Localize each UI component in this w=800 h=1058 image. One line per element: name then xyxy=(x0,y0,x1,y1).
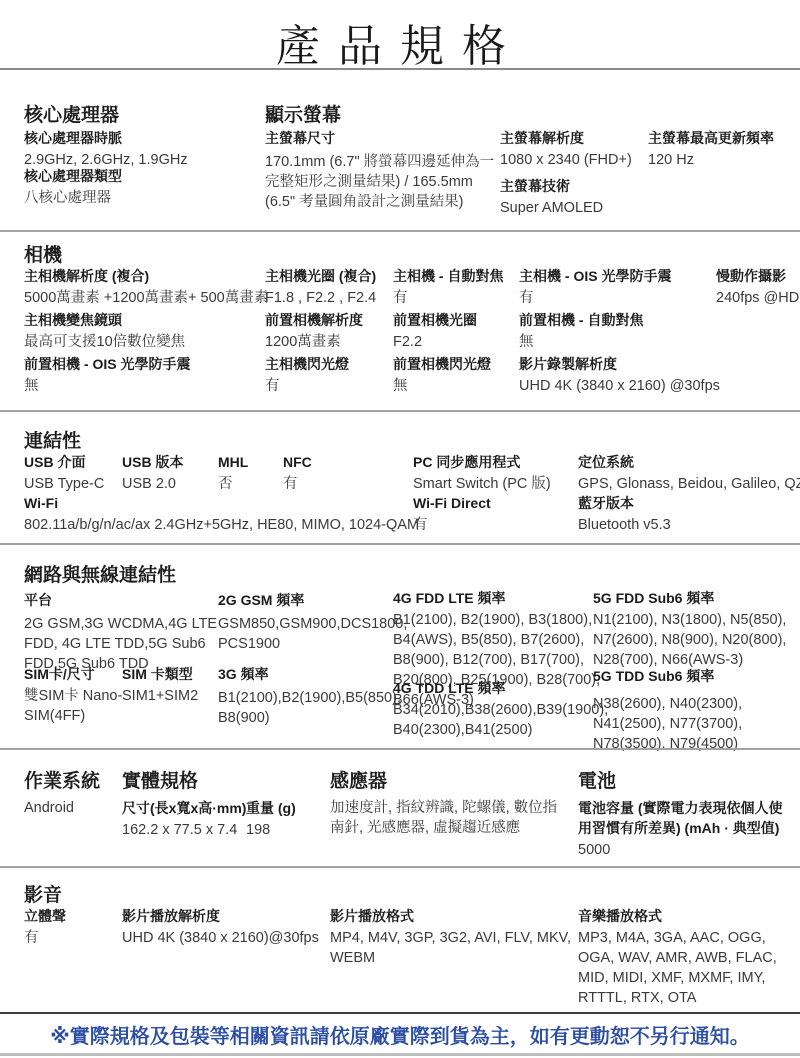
section-heading-sensors: 感應器 xyxy=(330,766,387,793)
spec-value: B1(2100),B2(1900),B5(850), B8(900) xyxy=(218,688,418,728)
spec-label: 重量 (g) xyxy=(246,798,316,818)
spec-front-camera-af: 前置相機 - 自動對焦 無 xyxy=(519,310,684,352)
spec-label: 前置相機閃光燈 xyxy=(393,354,513,374)
spec-label: Wi-Fi Direct xyxy=(413,493,518,513)
spec-label: MHL xyxy=(218,452,273,472)
spec-label: 尺寸(長x寬x高·mm) xyxy=(122,798,244,818)
spec-platform: 平台 2G GSM,3G WCDMA,4G LTE FDD, 4G LTE TD… xyxy=(24,590,224,674)
spec-main-camera-aperture: 主相機光圈 (複合) F1.8 , F2.2 , F2.4 xyxy=(265,266,390,308)
spec-label: 前置相機光圈 xyxy=(393,310,508,330)
spec-value: F2.2 xyxy=(393,332,508,352)
spec-mhl: MHL 否 xyxy=(218,452,273,494)
spec-location-system: 定位系統 GPS, Glonass, Beidou, Galileo, QZSS xyxy=(578,452,798,494)
spec-label: 主螢幕技術 xyxy=(500,176,660,196)
spec-label: 主相機光圈 (複合) xyxy=(265,266,390,286)
spec-label: 平台 xyxy=(24,590,224,610)
divider xyxy=(0,1012,800,1014)
spec-label: PC 同步應用程式 xyxy=(413,452,578,472)
spec-weight: 重量 (g) 198 xyxy=(246,798,316,840)
spec-main-camera-res: 主相機解析度 (複合) 5000萬畫素 +1200萬畫素+ 500萬畫素 xyxy=(24,266,264,308)
spec-front-camera-flash: 前置相機閃光燈 無 xyxy=(393,354,513,396)
spec-value: 否 xyxy=(218,474,273,494)
spec-value: USB 2.0 xyxy=(122,474,212,494)
spec-5g-fdd-bands: 5G FDD Sub6 頻率 N1(2100), N3(1800), N5(85… xyxy=(593,588,798,670)
spec-value: 無 xyxy=(519,332,684,352)
spec-main-camera-flash: 主相機閃光燈 有 xyxy=(265,354,390,396)
spec-value: F1.8 , F2.2 , F2.4 xyxy=(265,288,390,308)
spec-screen-tech: 主螢幕技術 Super AMOLED xyxy=(500,176,660,218)
spec-value: MP4, M4V, 3GP, 3G2, AVI, FLV, MKV, WEBM xyxy=(330,928,572,968)
section-heading-camera: 相機 xyxy=(24,240,62,267)
spec-wifi: Wi-Fi 802.11a/b/g/n/ac/ax 2.4GHz+5GHz, H… xyxy=(24,493,409,535)
spec-label: 音樂播放格式 xyxy=(578,906,800,926)
spec-video-formats: 影片播放格式 MP4, M4V, 3GP, 3G2, AVI, FLV, MKV… xyxy=(330,906,572,968)
spec-label: 前置相機 - 自動對焦 xyxy=(519,310,684,330)
spec-video-playback-res: 影片播放解析度 UHD 4K (3840 x 2160)@30fps xyxy=(122,906,327,948)
spec-label: 主螢幕最高更新頻率 xyxy=(648,128,793,148)
divider xyxy=(0,543,800,545)
spec-camera-zoom: 主相機變焦鏡頭 最高可支援10倍數位變焦 xyxy=(24,310,259,352)
divider xyxy=(0,230,800,232)
spec-video-recording-res: 影片錄製解析度 UHD 4K (3840 x 2160) @30fps xyxy=(519,354,784,396)
spec-dimensions: 尺寸(長x寬x高·mm) 162.2 x 77.5 x 7.4 xyxy=(122,798,244,840)
spec-audio-formats: 音樂播放格式 MP3, M4A, 3GA, AAC, OGG, OGA, WAV… xyxy=(578,906,800,1008)
spec-value: 802.11a/b/g/n/ac/ax 2.4GHz+5GHz, HE80, M… xyxy=(24,515,409,535)
spec-cpu-clock: 核心處理器時脈 2.9GHz, 2.6GHz, 1.9GHz xyxy=(24,128,244,170)
spec-label: 影片播放格式 xyxy=(330,906,572,926)
spec-wifi-direct: Wi-Fi Direct 有 xyxy=(413,493,518,535)
spec-label: NFC xyxy=(283,452,343,472)
spec-main-camera-af: 主相機 - 自動對焦 有 xyxy=(393,266,515,308)
spec-value: 有 xyxy=(265,376,390,396)
spec-label: 主相機解析度 (複合) xyxy=(24,266,264,286)
spec-main-camera-ois: 主相機 - OIS 光學防手震 有 xyxy=(519,266,709,308)
divider xyxy=(0,748,800,750)
spec-value: 有 xyxy=(283,474,343,494)
spec-value: USB Type-C xyxy=(24,474,119,494)
section-heading-connectivity: 連結性 xyxy=(24,426,81,453)
spec-value: Super AMOLED xyxy=(500,198,660,218)
spec-label: 主相機 - OIS 光學防手震 xyxy=(519,266,709,286)
spec-value: 170.1mm (6.7" 將螢幕四邊延伸為一完整矩形之測量結果) / 165.… xyxy=(265,152,497,212)
spec-label: 電池容量 (實際電力表現依個人使用習慣有所差異) (mAh · 典型值) xyxy=(578,798,796,838)
spec-label: 5G FDD Sub6 頻率 xyxy=(593,588,798,608)
section-heading-processor: 核心處理器 xyxy=(24,100,119,127)
spec-bluetooth: 藍牙版本 Bluetooth v5.3 xyxy=(578,493,743,535)
spec-label: SIM 卡類型 xyxy=(122,664,217,684)
spec-label: 定位系統 xyxy=(578,452,798,472)
spec-pc-sync: PC 同步應用程式 Smart Switch (PC 版) xyxy=(413,452,578,494)
spec-value: 1080 x 2340 (FHD+) xyxy=(500,150,660,170)
spec-value: 120 Hz xyxy=(648,150,793,170)
spec-cpu-type: 核心處理器類型 八核心處理器 xyxy=(24,166,244,208)
spec-stereo: 立體聲 有 xyxy=(24,906,109,948)
spec-front-camera-res: 前置相機解析度 1200萬畫素 xyxy=(265,310,390,352)
spec-value: 無 xyxy=(393,376,513,396)
spec-value: N1(2100), N3(1800), N5(850), N7(2600), N… xyxy=(593,610,798,670)
spec-value: 162.2 x 77.5 x 7.4 xyxy=(122,820,244,840)
spec-value: SIM1+SIM2 xyxy=(122,686,217,706)
section-heading-display: 顯示螢幕 xyxy=(265,100,341,127)
spec-2g-bands: 2G GSM 頻率 GSM850,GSM900,DCS1800, PCS1900 xyxy=(218,590,388,654)
spec-label: 主相機變焦鏡頭 xyxy=(24,310,259,330)
spec-label: 前置相機 - OIS 光學防手震 xyxy=(24,354,269,374)
spec-screen-size: 主螢幕尺寸 170.1mm (6.7" 將螢幕四邊延伸為一完整矩形之測量結果) … xyxy=(265,128,497,212)
section-heading-os: 作業系統 xyxy=(24,766,100,793)
spec-value: 有 xyxy=(24,928,109,948)
spec-value: 有 xyxy=(519,288,709,308)
spec-value: UHD 4K (3840 x 2160) @30fps xyxy=(519,376,784,396)
spec-label: 核心處理器時脈 xyxy=(24,128,244,148)
spec-label: 4G FDD LTE 頻率 xyxy=(393,588,601,608)
spec-label: 主相機閃光燈 xyxy=(265,354,390,374)
spec-value: UHD 4K (3840 x 2160)@30fps xyxy=(122,928,327,948)
spec-value: 有 xyxy=(393,288,515,308)
spec-label: USB 介面 xyxy=(24,452,119,472)
spec-label: 核心處理器類型 xyxy=(24,166,244,186)
spec-value: 240fps @HD xyxy=(716,288,800,308)
spec-label: USB 版本 xyxy=(122,452,212,472)
spec-slow-motion: 慢動作攝影 240fps @HD xyxy=(716,266,800,308)
spec-sim-type: SIM 卡類型 SIM1+SIM2 xyxy=(122,664,217,706)
spec-value: 加速度計, 指紋辨識, 陀螺儀, 數位指南針, 光感應器, 虛擬趨近感應 xyxy=(330,798,568,838)
spec-3g-bands: 3G 頻率 B1(2100),B2(1900),B5(850), B8(900) xyxy=(218,664,418,728)
section-heading-network: 網路與無線連結性 xyxy=(24,560,176,587)
spec-value: 無 xyxy=(24,376,269,396)
divider xyxy=(0,410,800,412)
spec-nfc: NFC 有 xyxy=(283,452,343,494)
spec-label: 藍牙版本 xyxy=(578,493,743,513)
spec-sheet: 產品規格 核心處理器 核心處理器時脈 2.9GHz, 2.6GHz, 1.9GH… xyxy=(0,0,800,1058)
spec-sim-size: SIM卡/尺寸 雙SIM卡 Nano-SIM(4FF) xyxy=(24,664,134,726)
section-heading-av: 影音 xyxy=(24,880,62,907)
spec-label: 前置相機解析度 xyxy=(265,310,390,330)
spec-value: Android xyxy=(24,798,114,818)
spec-value: 有 xyxy=(413,515,518,535)
spec-label: 2G GSM 頻率 xyxy=(218,590,388,610)
section-heading-battery: 電池 xyxy=(578,766,616,793)
spec-value: N38(2600), N40(2300), N41(2500), N77(370… xyxy=(593,694,800,754)
divider xyxy=(0,866,800,868)
spec-value: GPS, Glonass, Beidou, Galileo, QZSS xyxy=(578,474,798,494)
section-heading-physical: 實體規格 xyxy=(122,766,198,793)
spec-value: 1200萬畫素 xyxy=(265,332,390,352)
spec-value: GSM850,GSM900,DCS1800, PCS1900 xyxy=(218,614,388,654)
spec-label: 影片錄製解析度 xyxy=(519,354,784,374)
spec-value: 最高可支援10倍數位變焦 xyxy=(24,332,259,352)
spec-label: 主螢幕尺寸 xyxy=(265,128,497,148)
spec-sensors: 加速度計, 指紋辨識, 陀螺儀, 數位指南針, 光感應器, 虛擬趨近感應 xyxy=(330,798,568,838)
spec-battery-capacity: 電池容量 (實際電力表現依個人使用習慣有所差異) (mAh · 典型值) 500… xyxy=(578,798,796,860)
spec-screen-refresh: 主螢幕最高更新頻率 120 Hz xyxy=(648,128,793,170)
spec-label: 主螢幕解析度 xyxy=(500,128,660,148)
page-title: 產品規格 xyxy=(0,10,800,74)
divider xyxy=(0,1053,800,1056)
spec-label: 3G 頻率 xyxy=(218,664,418,684)
spec-label: SIM卡/尺寸 xyxy=(24,664,134,684)
spec-label: 立體聲 xyxy=(24,906,109,926)
spec-value: MP3, M4A, 3GA, AAC, OGG, OGA, WAV, AMR, … xyxy=(578,928,800,1008)
spec-front-camera-aperture: 前置相機光圈 F2.2 xyxy=(393,310,508,352)
spec-label: 5G TDD Sub6 頻率 xyxy=(593,666,800,686)
spec-screen-resolution: 主螢幕解析度 1080 x 2340 (FHD+) xyxy=(500,128,660,170)
spec-os: Android xyxy=(24,798,114,818)
spec-5g-tdd-bands: 5G TDD Sub6 頻率 N38(2600), N40(2300), N41… xyxy=(593,666,800,754)
spec-value: Smart Switch (PC 版) xyxy=(413,474,578,494)
spec-usb-version: USB 版本 USB 2.0 xyxy=(122,452,212,494)
spec-value: 198 xyxy=(246,820,316,840)
spec-label: 影片播放解析度 xyxy=(122,906,327,926)
spec-front-camera-ois: 前置相機 - OIS 光學防手震 無 xyxy=(24,354,269,396)
spec-label: 慢動作攝影 xyxy=(716,266,800,286)
spec-value: 雙SIM卡 Nano-SIM(4FF) xyxy=(24,686,134,726)
spec-usb-interface: USB 介面 USB Type-C xyxy=(24,452,119,494)
divider xyxy=(0,68,800,70)
spec-value: 5000 xyxy=(578,840,796,860)
disclaimer-text: ※實際規格及包裝等相關資訊請依原廠實際到貨為主，如有更動恕不另行通知。 xyxy=(0,1020,800,1049)
spec-label: Wi-Fi xyxy=(24,493,409,513)
spec-value: 5000萬畫素 +1200萬畫素+ 500萬畫素 xyxy=(24,288,264,308)
spec-value: 八核心處理器 xyxy=(24,188,244,208)
spec-label: 主相機 - 自動對焦 xyxy=(393,266,515,286)
spec-value: Bluetooth v5.3 xyxy=(578,515,743,535)
